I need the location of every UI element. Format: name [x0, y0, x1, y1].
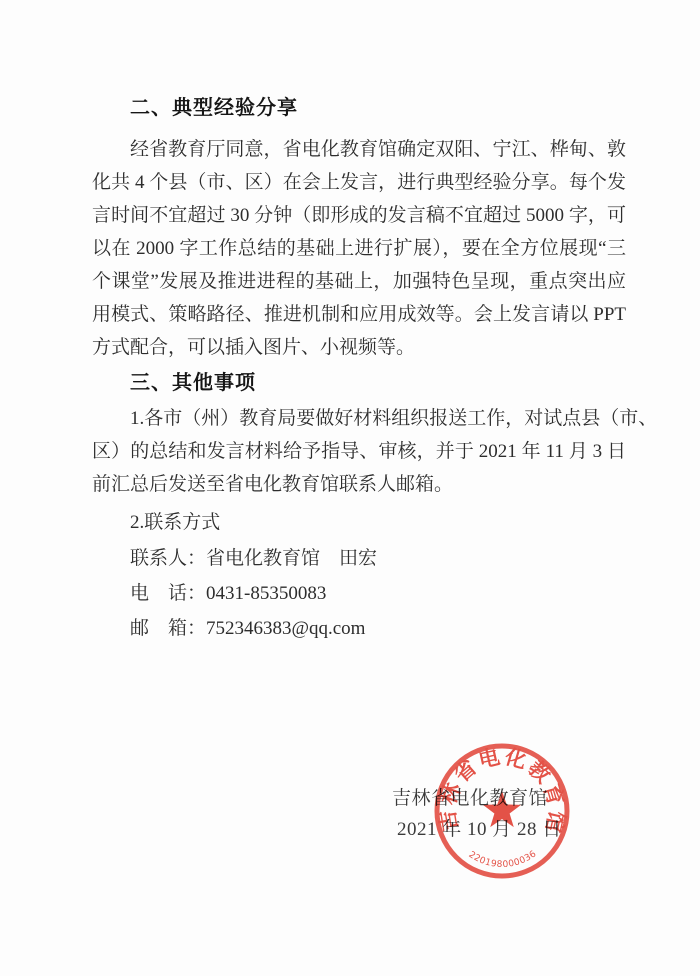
section-2-heading: 二、典型经验分享 — [92, 92, 626, 125]
section-2-paragraph: 经省教育厅同意，省电化教育馆确定双阳、宁江、桦甸、敦 化共 4 个县（市、区）在… — [92, 133, 626, 364]
document-body: 二、典型经验分享 经省教育厅同意，省电化教育馆确定双阳、宁江、桦甸、敦 化共 4… — [92, 92, 626, 646]
contact-phone-line: 电 话：0431-85350083 — [130, 576, 626, 611]
paragraph-line: 区）的总结和发言材料给予指导、审核，并于 2021 年 11 月 3 日 — [92, 435, 626, 468]
section-3-heading: 三、其他事项 — [92, 367, 626, 400]
section-3-item-1: 1.各市（州）教育局要做好材料组织报送工作，对试点县（市、 区）的总结和发言材料… — [92, 402, 626, 501]
paragraph-line: 方式配合，可以插入图片、小视频等。 — [92, 331, 626, 364]
paragraph-line: 以在 2000 字工作总结的基础上进行扩展），要在全方位展现“三 — [92, 232, 626, 265]
seal-star-icon — [483, 791, 521, 827]
contact-email-line: 邮 箱：752346383@qq.com — [130, 611, 626, 646]
official-seal: 吉林省电化教育馆 2201980000363 — [432, 741, 572, 881]
paragraph-line: 前汇总后发送至省电化教育馆联系人邮箱。 — [92, 468, 626, 501]
contact-person-line: 联系人：省电化教育馆 田宏 — [130, 541, 626, 576]
paragraph-line: 化共 4 个县（市、区）在会上发言，进行典型经验分享。每个发 — [92, 166, 626, 199]
paragraph-line: 用模式、策略路径、推进机制和应用成效等。会上发言请以 PPT — [92, 298, 626, 331]
seal-ring-text: 吉林省电化教育馆 — [435, 744, 569, 837]
document-page: 二、典型经验分享 经省教育厅同意，省电化教育馆确定双阳、宁江、桦甸、敦 化共 4… — [0, 0, 700, 976]
paragraph-line: 经省教育厅同意，省电化教育馆确定双阳、宁江、桦甸、敦 — [92, 133, 626, 166]
contact-info: 联系人：省电化教育馆 田宏 电 话：0431-85350083 邮 箱：7523… — [92, 541, 626, 646]
paragraph-line: 言时间不宜超过 30 分钟（即形成的发言稿不宜超过 5000 字，可 — [92, 199, 626, 232]
section-3-item-2: 2.联系方式 — [92, 506, 626, 539]
paragraph-line: 个课堂”发展及推进进程的基础上，加强特色呈现，重点突出应 — [92, 265, 626, 298]
paragraph-line: 1.各市（州）教育局要做好材料组织报送工作，对试点县（市、 — [92, 402, 626, 435]
seal-ring-text-holder: 吉林省电化教育馆 — [435, 744, 569, 837]
